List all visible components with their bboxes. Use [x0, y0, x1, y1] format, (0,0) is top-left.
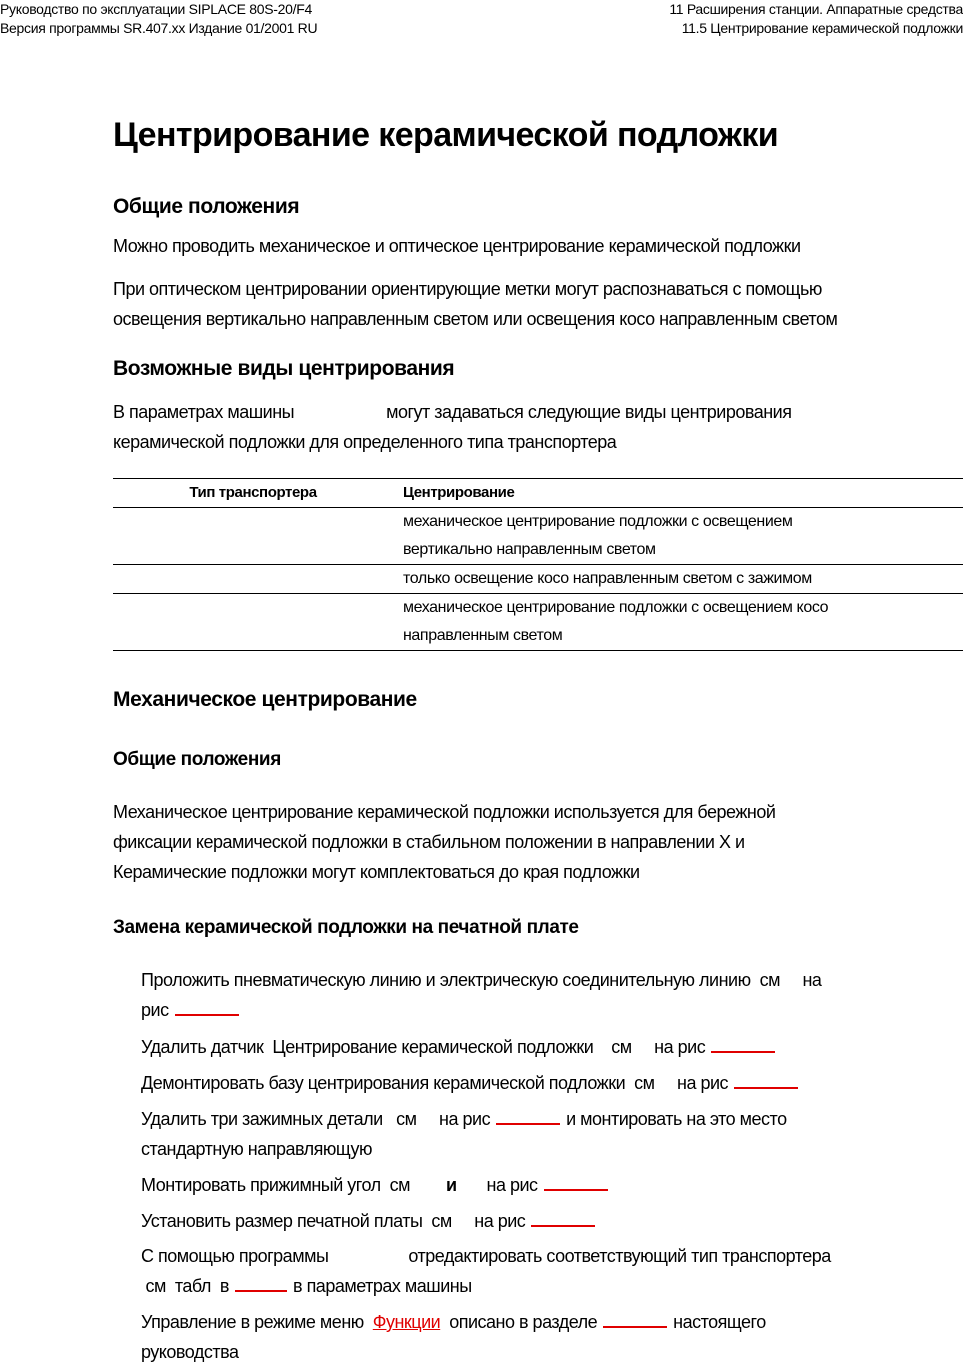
centering-types-table: Тип транспортера Центрирование механичес…: [113, 478, 963, 651]
table-header-row: Тип транспортера Центрирование: [113, 479, 963, 508]
cell-line: направленным светом: [403, 622, 963, 650]
figure-ref-link[interactable]: [544, 1189, 608, 1191]
mechanical-para-line: фиксации керамической подложки в стабиль…: [113, 827, 775, 857]
types-para-a: В параметрах машины: [113, 402, 294, 422]
step-4: Удалить три зажимных детали см на риси м…: [141, 1104, 956, 1164]
step-text: Проложить пневматическую линию и электри…: [141, 965, 956, 995]
step-text: рис: [141, 1000, 169, 1020]
step-2: Удалить датчик Центрирование керамическо…: [141, 1032, 956, 1062]
general-para-2-line-1: При оптическом центрировании ориентирующ…: [113, 274, 837, 304]
step-1: Проложить пневматическую линию и электри…: [141, 965, 956, 1025]
step-text: в параметрах машины: [293, 1276, 472, 1296]
step-text: С помощью программы: [141, 1246, 328, 1266]
mechanical-heading: Механическое центрирование: [113, 688, 417, 712]
header-centering: Центрирование: [403, 479, 963, 507]
table-row: механическое центрирование подложки с ос…: [113, 594, 963, 651]
table-cell-centering: механическое центрирование подложки с ос…: [403, 594, 963, 650]
figure-ref-link[interactable]: [531, 1225, 595, 1227]
general-para-2-line-2: освещения вертикально направленным свето…: [113, 304, 837, 334]
table-cell-centering: механическое центрирование подложки с ос…: [403, 508, 963, 564]
step-text: Монтировать прижимный угол см: [141, 1175, 410, 1195]
figure-ref-link[interactable]: [175, 1014, 239, 1016]
general-para-2: При оптическом центрировании ориентирующ…: [113, 274, 837, 334]
step-8: Управление в режиме меню Функции описано…: [141, 1307, 956, 1363]
step-5: Монтировать прижимный угол смина рис: [141, 1170, 956, 1200]
manual-title: Руководство по эксплуатации SIPLACE 80S-…: [0, 0, 317, 19]
table-row: только освещение косо направленным свето…: [113, 565, 963, 594]
running-header-right: 11 Расширения станции. Аппаратные средст…: [669, 0, 963, 38]
types-para: В параметрах машинымогут задаваться след…: [113, 397, 792, 457]
types-heading: Возможные виды центрирования: [113, 357, 454, 381]
step-7: С помощью программыотредактировать соотв…: [141, 1241, 956, 1301]
step-text: стандартную направляющую: [141, 1134, 956, 1164]
step-text: настоящего: [673, 1312, 766, 1332]
cell-line: только освещение косо направленным свето…: [403, 565, 963, 593]
step-bold-text: и: [446, 1175, 457, 1195]
step-3: Демонтировать базу центрирования керамич…: [141, 1068, 956, 1098]
mechanical-para-line: Механическое центрирование керамической …: [113, 797, 775, 827]
mechanical-para-line: Керамические подложки могут комплектоват…: [113, 857, 775, 887]
table-row: механическое центрирование подложки с ос…: [113, 508, 963, 565]
figure-ref-link[interactable]: [711, 1051, 775, 1053]
general-heading: Общие положения: [113, 195, 299, 219]
section-title: 11.5 Центрирование керамической подложки: [669, 19, 963, 38]
version-edition: Версия программы SR.407.xx Издание 01/20…: [0, 19, 317, 38]
figure-ref-link[interactable]: [496, 1123, 560, 1125]
cell-line: механическое центрирование подложки с ос…: [403, 508, 963, 536]
step-text: Удалить три зажимных детали см на рис: [141, 1109, 490, 1129]
step-6: Установить размер печатной платы см на р…: [141, 1206, 956, 1236]
table-cell-centering: только освещение косо направленным свето…: [403, 565, 963, 593]
step-text: отредактировать соответствующий тип тран…: [408, 1246, 830, 1266]
general-para-1: Можно проводить механическое и оптическо…: [113, 231, 801, 261]
types-para-line-2: керамической подложки для определенного …: [113, 427, 792, 457]
figure-ref-link[interactable]: [734, 1087, 798, 1089]
mechanical-para: Механическое центрирование керамической …: [113, 797, 775, 887]
step-text: Демонтировать базу центрирования керамич…: [141, 1073, 728, 1093]
page-title: Центрирование керамической подложки: [113, 116, 778, 155]
table-cell-type: [113, 508, 403, 564]
header-conveyor-type: Тип транспортера: [113, 479, 403, 507]
step-text: Установить размер печатной платы см на р…: [141, 1211, 525, 1231]
mechanical-subheading: Общие положения: [113, 749, 281, 771]
step-text: и монтировать на это место: [566, 1109, 787, 1129]
step-text: Удалить датчик Центрирование керамическо…: [141, 1037, 705, 1057]
step-text: руководства: [141, 1337, 956, 1363]
cell-line: вертикально направленным светом: [403, 536, 963, 564]
table-cell-type: [113, 565, 403, 593]
running-header-left: Руководство по эксплуатации SIPLACE 80S-…: [0, 0, 317, 38]
replace-heading: Замена керамической подложки на печатной…: [113, 917, 579, 939]
step-text: на рис: [487, 1175, 538, 1195]
table-cell-type: [113, 594, 403, 650]
step-text: Управление в режиме меню: [141, 1312, 364, 1332]
step-text: описано в разделе: [449, 1312, 597, 1332]
types-para-b: могут задаваться следующие виды центриро…: [386, 402, 791, 422]
table-ref-link[interactable]: [235, 1290, 287, 1292]
functions-link[interactable]: Функции: [373, 1312, 440, 1332]
chapter-title: 11 Расширения станции. Аппаратные средст…: [669, 0, 963, 19]
step-text: см табл в: [141, 1276, 229, 1296]
section-ref-link[interactable]: [603, 1326, 667, 1328]
cell-line: механическое центрирование подложки с ос…: [403, 594, 963, 622]
